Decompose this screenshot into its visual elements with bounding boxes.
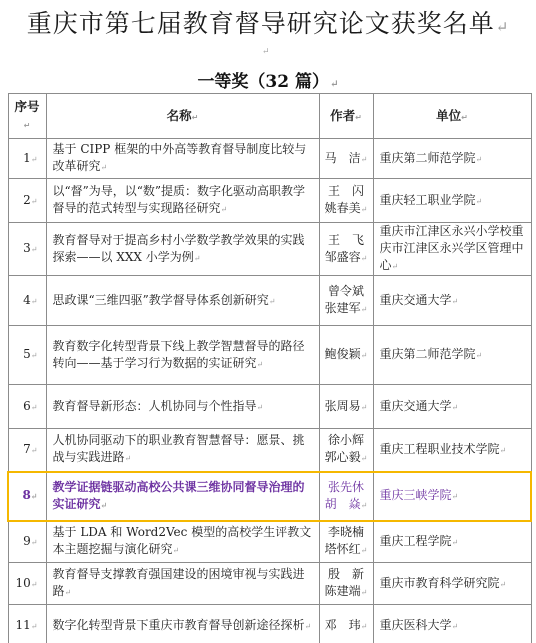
paragraph-mark-icon: ↵ bbox=[452, 297, 459, 306]
cell-unit: 重庆第二师范学院↵ bbox=[373, 139, 531, 179]
paragraph-mark-icon: ↵ bbox=[330, 78, 339, 90]
cell-unit: 重庆轻工职业学院↵ bbox=[373, 179, 531, 223]
cell-title: 教育数字化转型背景下线上教学智慧督导的路径转向——基于学习行为数据的实证研究↵ bbox=[46, 326, 319, 385]
cell-unit: 重庆市教育科学研究院↵ bbox=[373, 563, 531, 605]
paragraph-mark-icon: ↵ bbox=[361, 351, 368, 360]
paragraph-mark-icon: ↵ bbox=[476, 351, 483, 360]
column-header-title: 名称↵ bbox=[46, 94, 319, 139]
cell-title: 教育督导对于提高乡村小学数学教学效果的实践探索——以 XXX 小学为例↵ bbox=[46, 223, 319, 276]
author-name: 张建军↵ bbox=[323, 300, 370, 318]
paragraph-mark-icon: ↵ bbox=[361, 454, 368, 463]
author-name: 张先休 bbox=[323, 479, 370, 496]
paper-title: 教学证据链驱动高校公共课三维协同督导治理的实证研究 bbox=[53, 480, 305, 511]
cell-author: 李晓楠塔怀红↵ bbox=[319, 521, 373, 563]
row-number: 11 bbox=[16, 618, 31, 632]
table-row: 6↵教育督导新形态：人机协同与个性指导↵张周易↵重庆交通大学↵ bbox=[8, 385, 531, 429]
cell-unit: 重庆三峡学院↵ bbox=[373, 472, 531, 521]
institution-name: 重庆三峡学院 bbox=[380, 488, 452, 502]
paragraph-mark-icon: ↵ bbox=[452, 492, 459, 501]
cell-unit: 重庆第二师范学院↵ bbox=[373, 326, 531, 385]
cell-author: 王 飞邹盛容↵ bbox=[319, 223, 373, 276]
cell-unit: 重庆医科大学↵ bbox=[373, 605, 531, 643]
cell-author: 殷 新陈建端↵ bbox=[319, 563, 373, 605]
paper-title: 教育督导新形态：人机协同与个性指导 bbox=[53, 399, 257, 413]
table-row: 4↵思政课“三维四驱”教学督导体系创新研究↵曾令斌张建军↵重庆交通大学↵ bbox=[8, 276, 531, 326]
paragraph-mark-icon: ↵ bbox=[500, 580, 507, 589]
author-name: 殷 新 bbox=[323, 566, 370, 583]
cell-title: 基于 LDA 和 Word2Vec 模型的高校学生评教文本主题挖掘与演化研究↵ bbox=[46, 521, 319, 563]
paragraph-mark-icon: ↵ bbox=[361, 205, 368, 214]
paragraph-mark-icon: ↵ bbox=[31, 622, 38, 631]
author-name: 张周易↵ bbox=[323, 398, 370, 416]
table-row: 3↵教育督导对于提高乡村小学数学教学效果的实践探索——以 XXX 小学为例↵王 … bbox=[8, 223, 531, 276]
paragraph-mark-icon: ↵ bbox=[476, 197, 483, 206]
table-row: 11↵数字化转型背景下重庆市教育督导创新途径探析↵邓 玮↵重庆医科大学↵ bbox=[8, 605, 531, 643]
cell-author: 鲍俊颖↵ bbox=[319, 326, 373, 385]
paper-title: 人机协同驱动下的职业教育智慧督导：愿景、挑战与实践进路 bbox=[53, 433, 305, 464]
row-number: 2 bbox=[23, 193, 31, 207]
institution-name: 重庆医科大学 bbox=[380, 618, 452, 632]
table-header-row: 序号↵ 名称↵ 作者↵ 单位↵ bbox=[8, 94, 531, 139]
author-name: 王 飞 bbox=[323, 232, 370, 249]
cell-number: 6↵ bbox=[8, 385, 46, 429]
paper-title: 思政课“三维四驱”教学督导体系创新研究 bbox=[53, 293, 269, 307]
row-number: 7 bbox=[23, 442, 31, 456]
author-name: 鲍俊颖↵ bbox=[323, 346, 370, 364]
paragraph-mark-icon: ↵ bbox=[262, 47, 270, 57]
cell-number: 7↵ bbox=[8, 429, 46, 472]
paragraph-mark-icon: ↵ bbox=[31, 580, 38, 589]
cell-title: 思政课“三维四驱”教学督导体系创新研究↵ bbox=[46, 276, 319, 326]
cell-title: 以“督”为导，以“数”提质：数字化驱动高职教学督导的范式转型与实现路径研究↵ bbox=[46, 179, 319, 223]
table-row: 2↵以“督”为导，以“数”提质：数字化驱动高职教学督导的范式转型与实现路径研究↵… bbox=[8, 179, 531, 223]
institution-name: 重庆工程职业技术学院 bbox=[380, 442, 500, 456]
cell-title: 教学证据链驱动高校公共课三维协同督导治理的实证研究↵ bbox=[46, 472, 319, 521]
table-row: 9↵基于 LDA 和 Word2Vec 模型的高校学生评教文本主题挖掘与演化研究… bbox=[8, 521, 531, 563]
cell-unit: 重庆工程职业技术学院↵ bbox=[373, 429, 531, 472]
cell-number: 11↵ bbox=[8, 605, 46, 643]
paragraph-mark-icon: ↵ bbox=[496, 18, 510, 36]
column-header-unit: 单位↵ bbox=[373, 94, 531, 139]
table-row: 1↵基于 CIPP 框架的中外高等教育督导制度比较与改革研究↵马 洁↵重庆第二师… bbox=[8, 139, 531, 179]
paragraph-mark-icon: ↵ bbox=[31, 491, 38, 501]
paragraph-mark-icon: ↵ bbox=[361, 501, 368, 510]
paper-title: 基于 LDA 和 Word2Vec 模型的高校学生评教文本主题挖掘与演化研究 bbox=[53, 525, 312, 556]
paragraph-mark-icon: ↵ bbox=[452, 538, 459, 547]
table-row: 10↵教育督导支撑教育强国建设的困境审视与实践进路↵殷 新陈建端↵重庆市教育科学… bbox=[8, 563, 531, 605]
institution-name: 重庆第二师范学院 bbox=[380, 151, 476, 165]
paragraph-mark-icon: ↵ bbox=[361, 305, 368, 314]
paragraph-mark-icon: ↵ bbox=[476, 155, 483, 164]
table-row: 8↵教学证据链驱动高校公共课三维协同督导治理的实证研究↵张先休胡 焱↵重庆三峡学… bbox=[8, 472, 531, 521]
cell-number: 10↵ bbox=[8, 563, 46, 605]
column-header-author: 作者↵ bbox=[319, 94, 373, 139]
paragraph-mark-icon: ↵ bbox=[31, 446, 38, 455]
institution-name: 重庆交通大学 bbox=[380, 293, 452, 307]
paragraph-mark-icon: ↵ bbox=[257, 360, 264, 369]
institution-name: 重庆市江津区永兴小学校重庆市江津区永兴学区管理中心 bbox=[380, 224, 524, 272]
paragraph-mark-icon: ↵ bbox=[31, 155, 38, 164]
paragraph-mark-icon: ↵ bbox=[392, 262, 399, 271]
paragraph-mark-icon: ↵ bbox=[31, 403, 38, 412]
author-name: 邹盛容↵ bbox=[323, 249, 370, 267]
document-title: 重庆市第七届教育督导研究论文获奖名单↵ bbox=[0, 4, 536, 40]
cell-title: 教育督导新形态：人机协同与个性指导↵ bbox=[46, 385, 319, 429]
row-number: 5 bbox=[23, 347, 31, 361]
paragraph-mark-icon: ↵ bbox=[31, 197, 38, 206]
paragraph-mark-icon: ↵ bbox=[361, 546, 368, 555]
table-row: 5↵教育数字化转型背景下线上教学智慧督导的路径转向——基于学习行为数据的实证研究… bbox=[8, 326, 531, 385]
author-name: 姚春美↵ bbox=[323, 200, 370, 218]
institution-name: 重庆轻工职业学院 bbox=[380, 193, 476, 207]
paragraph-mark-icon: ↵ bbox=[31, 245, 38, 254]
paragraph-mark-icon: ↵ bbox=[31, 538, 38, 547]
section-heading: 一等奖（32 篇）↵ bbox=[0, 67, 536, 92]
paragraph-mark-icon: ↵ bbox=[361, 254, 368, 263]
row-number: 10 bbox=[16, 576, 31, 590]
author-name: 邓 玮↵ bbox=[323, 617, 370, 635]
paragraph-mark-icon: ↵ bbox=[173, 546, 180, 555]
cell-title: 人机协同驱动下的职业教育智慧督导：愿景、挑战与实践进路↵ bbox=[46, 429, 319, 472]
paragraph-mark-icon: ↵ bbox=[257, 403, 264, 412]
paragraph-mark-icon: ↵ bbox=[194, 254, 201, 263]
author-name: 王 闪 bbox=[323, 183, 370, 200]
paragraph-mark-icon: ↵ bbox=[452, 403, 459, 412]
cell-author: 王 闪姚春美↵ bbox=[319, 179, 373, 223]
cell-number: 9↵ bbox=[8, 521, 46, 563]
cell-title: 教育督导支撑教育强国建设的困境审视与实践进路↵ bbox=[46, 563, 319, 605]
row-number: 3 bbox=[23, 241, 31, 255]
row-number: 8 bbox=[22, 488, 30, 502]
document-title-text: 重庆市第七届教育督导研究论文获奖名单 bbox=[27, 9, 495, 38]
paragraph-mark-icon: ↵ bbox=[31, 351, 38, 360]
paragraph-mark-icon: ↵ bbox=[221, 205, 228, 214]
author-name: 陈建端↵ bbox=[323, 583, 370, 601]
author-name: 塔怀红↵ bbox=[323, 541, 370, 559]
cell-unit: 重庆交通大学↵ bbox=[373, 276, 531, 326]
cell-author: 徐小辉郭心毅↵ bbox=[319, 429, 373, 472]
paper-title: 教育督导对于提高乡村小学数学教学效果的实践探索——以 XXX 小学为例 bbox=[53, 233, 305, 264]
table-row: 7↵人机协同驱动下的职业教育智慧督导：愿景、挑战与实践进路↵徐小辉郭心毅↵重庆工… bbox=[8, 429, 531, 472]
cell-unit: 重庆交通大学↵ bbox=[373, 385, 531, 429]
institution-name: 重庆市教育科学研究院 bbox=[380, 576, 500, 590]
cell-author: 马 洁↵ bbox=[319, 139, 373, 179]
cell-number: 1↵ bbox=[8, 139, 46, 179]
cell-unit: 重庆工程学院↵ bbox=[373, 521, 531, 563]
author-name: 马 洁↵ bbox=[323, 150, 370, 168]
cell-title: 基于 CIPP 框架的中外高等教育督导制度比较与改革研究↵ bbox=[46, 139, 319, 179]
institution-name: 重庆工程学院 bbox=[380, 534, 452, 548]
cell-number: 4↵ bbox=[8, 276, 46, 326]
paragraph-mark-icon: ↵ bbox=[269, 297, 276, 306]
institution-name: 重庆第二师范学院 bbox=[380, 347, 476, 361]
paragraph-mark-icon: ↵ bbox=[65, 588, 72, 597]
paragraph-mark-icon: ↵ bbox=[361, 155, 368, 164]
cell-unit: 重庆市江津区永兴小学校重庆市江津区永兴学区管理中心↵ bbox=[373, 223, 531, 276]
column-header-number: 序号↵ bbox=[8, 94, 46, 139]
paragraph-mark-icon: ↵ bbox=[361, 622, 368, 631]
author-name: 曾令斌 bbox=[323, 283, 370, 300]
paper-title: 数字化转型背景下重庆市教育督导创新途径探析 bbox=[53, 618, 305, 632]
paper-title: 教育督导支撑教育强国建设的困境审视与实践进路 bbox=[53, 567, 305, 598]
section-heading-text: 一等奖（32 篇） bbox=[197, 72, 329, 92]
row-number: 1 bbox=[23, 151, 31, 165]
institution-name: 重庆交通大学 bbox=[380, 399, 452, 413]
paper-title: 教育数字化转型背景下线上教学智慧督导的路径转向——基于学习行为数据的实证研究 bbox=[53, 339, 305, 370]
paragraph-mark-icon: ↵ bbox=[101, 163, 108, 172]
award-table: 序号↵ 名称↵ 作者↵ 单位↵ 1↵基于 CIPP 框架的中外高等教育督导制度比… bbox=[7, 93, 532, 643]
paragraph-mark-icon: ↵ bbox=[31, 297, 38, 306]
cell-number: 8↵ bbox=[8, 472, 46, 521]
cell-title: 数字化转型背景下重庆市教育督导创新途径探析↵ bbox=[46, 605, 319, 643]
paragraph-mark-icon: ↵ bbox=[361, 588, 368, 597]
paragraph-mark-icon: ↵ bbox=[361, 403, 368, 412]
paper-title: 以“督”为导，以“数”提质：数字化驱动高职教学督导的范式转型与实现路径研究 bbox=[53, 184, 306, 215]
author-name: 李晓楠 bbox=[323, 524, 370, 541]
author-name: 郭心毅↵ bbox=[323, 449, 370, 467]
cell-author: 曾令斌张建军↵ bbox=[319, 276, 373, 326]
cell-number: 2↵ bbox=[8, 179, 46, 223]
cell-number: 5↵ bbox=[8, 326, 46, 385]
cell-author: 张周易↵ bbox=[319, 385, 373, 429]
paragraph-mark-icon: ↵ bbox=[500, 446, 507, 455]
paper-title: 基于 CIPP 框架的中外高等教育督导制度比较与改革研究 bbox=[53, 142, 307, 173]
row-number: 4 bbox=[23, 293, 31, 307]
author-name: 胡 焱↵ bbox=[323, 496, 370, 514]
cell-author: 张先休胡 焱↵ bbox=[319, 472, 373, 521]
row-number: 9 bbox=[23, 534, 31, 548]
row-number: 6 bbox=[23, 399, 31, 413]
cell-author: 邓 玮↵ bbox=[319, 605, 373, 643]
paragraph-mark-icon: ↵ bbox=[305, 622, 312, 631]
paragraph-mark-icon: ↵ bbox=[101, 500, 108, 510]
paragraph-mark-icon: ↵ bbox=[125, 454, 132, 463]
paragraph-mark-icon: ↵ bbox=[452, 622, 459, 631]
author-name: 徐小辉 bbox=[323, 432, 370, 449]
cell-number: 3↵ bbox=[8, 223, 46, 276]
